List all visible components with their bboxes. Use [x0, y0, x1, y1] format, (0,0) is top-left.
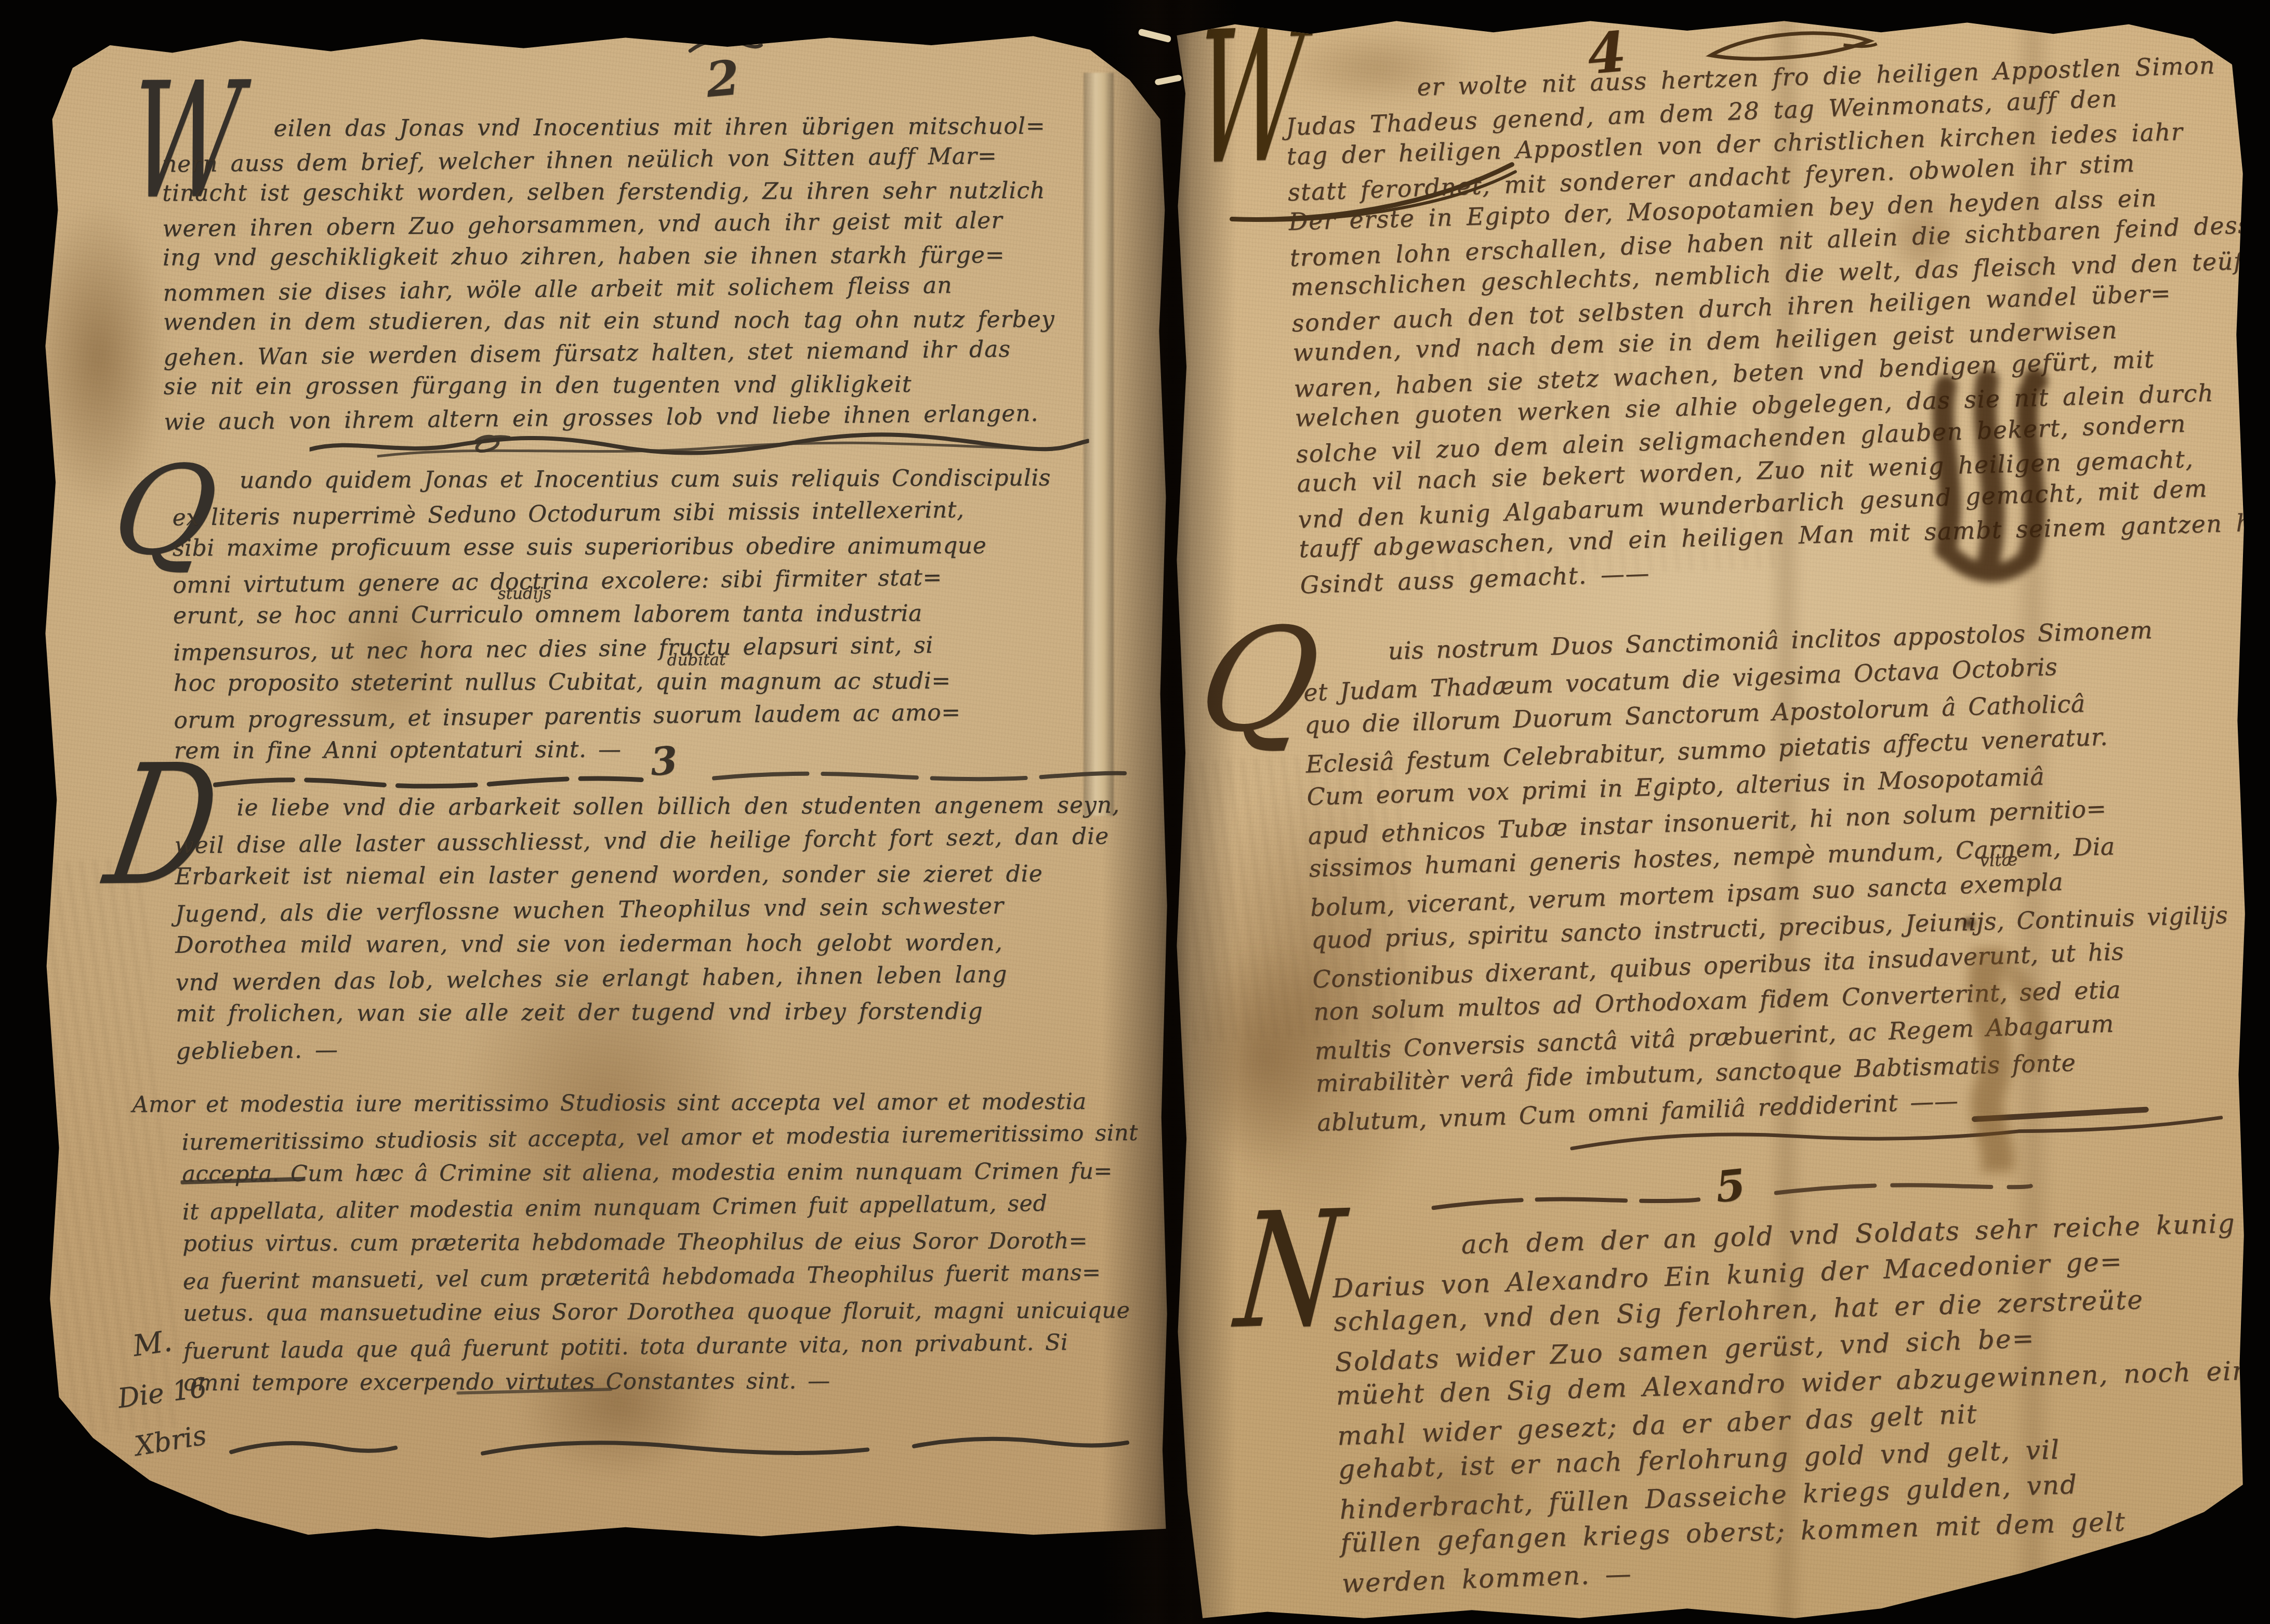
manuscript-line: erunt, se hoc anni Curriculo omnem labor…: [173, 596, 1129, 632]
binding-stitch-thread: [1154, 74, 1182, 86]
manuscript-line: omni tempore excerpendo virtutes Constan…: [134, 1363, 1147, 1401]
interlinear-insertion-vitae: vitæ: [1979, 849, 2018, 870]
manuscript-line: weil dise alle laster ausschliesst, vnd …: [175, 819, 1137, 863]
right-paragraph-3-german: N ach dem der an gold vnd Soldats sehr r…: [1331, 1201, 2247, 1601]
manuscript-line: omni virtutum genere ac doctrina excoler…: [173, 559, 1129, 602]
section-number-5: 5: [1713, 1160, 1748, 1212]
right-page: 4 W er wolte nit auss hertzen fro die he…: [1170, 13, 2247, 1621]
left-paragraph-2-latin: Q uando quidem Jonas et Inocentius cum s…: [172, 459, 1130, 770]
margin-date-line-1: Die 16: [116, 1372, 208, 1415]
section-number-3: 3: [649, 738, 679, 785]
left-paragraph-4-latin: Amor et modestia iure meritissimo Studio…: [132, 1082, 1147, 1403]
manuscript-line: ie liebe vnd die arbarkeit sollen billic…: [174, 788, 1136, 825]
page-number: 2: [704, 49, 742, 109]
right-paragraph-1-lines: er wolte nit auss hertzen fro die heilig…: [1284, 46, 2247, 600]
section5-rule-right: [1774, 1177, 2034, 1202]
manuscript-line: hoc proposito steterint nullus Cubitat, …: [174, 663, 1130, 700]
manuscript-line: wie auch von ihrem altern ein grosses lo…: [164, 397, 1120, 439]
left-paragraph-1-german: W eilen das Jonas vnd Inocentius mit ihr…: [162, 108, 1120, 437]
left-paragraph-3-lines: ie liebe vnd die arbarkeit sollen billic…: [174, 786, 1138, 1067]
right-paragraph-3-lines: ach dem der an gold vnd Soldats sehr rei…: [1331, 1201, 2247, 1601]
manuscript-line: iuremeritissimo studiosis sit accepta, v…: [133, 1116, 1146, 1161]
interlinear-insertion-studijs: studijs: [497, 584, 551, 603]
right-paragraph-1-german: W er wolte nit auss hertzen fro die heil…: [1284, 46, 2247, 600]
manuscript-line: sibi maxime proficuum esse suis superior…: [173, 528, 1129, 565]
manuscript-photo: 2 W eilen das Jonas vnd Inocentius mit i…: [0, 0, 2270, 1624]
manuscript-line: impensuros, ut nec hora nec dies sine fr…: [173, 626, 1130, 670]
manuscript-line: Jugend, als die verflossne wuchen Theoph…: [175, 888, 1137, 932]
interlinear-insertion-dubitat: dubitat: [667, 650, 725, 669]
section-rule-left-segment: [213, 770, 644, 792]
margin-mark: M.: [130, 1324, 174, 1363]
manuscript-line: ea fuerint mansueti, vel cum præteritâ h…: [133, 1255, 1147, 1300]
manuscript-line: geblieben. —: [176, 1025, 1138, 1069]
left-page: 2 W eilen das Jonas vnd Inocentius mit i…: [36, 29, 1169, 1541]
left-paragraph-3-german: D ie liebe vnd die arbarkeit sollen bill…: [174, 786, 1138, 1067]
bottom-flourish-lines: [223, 1427, 1138, 1470]
manuscript-line: orum progressum, et insuper parentis suo…: [174, 694, 1130, 737]
manuscript-line: mit frolichen, wan sie alle zeit der tug…: [176, 994, 1137, 1031]
margin-date-line-2: Xbris: [133, 1420, 208, 1462]
manuscript-line: Dorothea mild waren, vnd sie von iederma…: [175, 925, 1137, 962]
section-rule-right-segment: [712, 765, 1128, 787]
manuscript-line: vnd werden das lob, welches sie erlangt …: [175, 956, 1137, 1000]
binding-stitch-thread: [1138, 28, 1171, 43]
right-page-content: 4 W er wolte nit auss hertzen fro die he…: [1170, 13, 2247, 1621]
manuscript-line: it appellata, aliter modestia enim nunqu…: [133, 1185, 1147, 1231]
right-paragraph-2-lines: uis nostrum Duos Sanctimoniâ inclitos ap…: [1302, 607, 2247, 1140]
section5-rule-left: [1431, 1190, 1702, 1215]
manuscript-line: Erbarkeit ist niemal ein laster genend w…: [175, 856, 1136, 894]
manuscript-line: uando quidem Jonas et Inocentius cum sui…: [172, 460, 1128, 497]
right-paragraph-2-latin: Q uis nostrum Duos Sanctimoniâ inclitos …: [1302, 607, 2247, 1140]
left-paragraph-4-lines: Amor et modestia iure meritissimo Studio…: [132, 1082, 1147, 1403]
left-paragraph-2-lines: uando quidem Jonas et Inocentius cum sui…: [172, 459, 1130, 770]
left-page-content: 2 W eilen das Jonas vnd Inocentius mit i…: [36, 29, 1169, 1541]
manuscript-line: ex literis nuperrimè Seduno Octodurum si…: [172, 491, 1129, 535]
left-paragraph-1-lines: eilen das Jonas vnd Inocentius mit ihren…: [162, 108, 1120, 437]
